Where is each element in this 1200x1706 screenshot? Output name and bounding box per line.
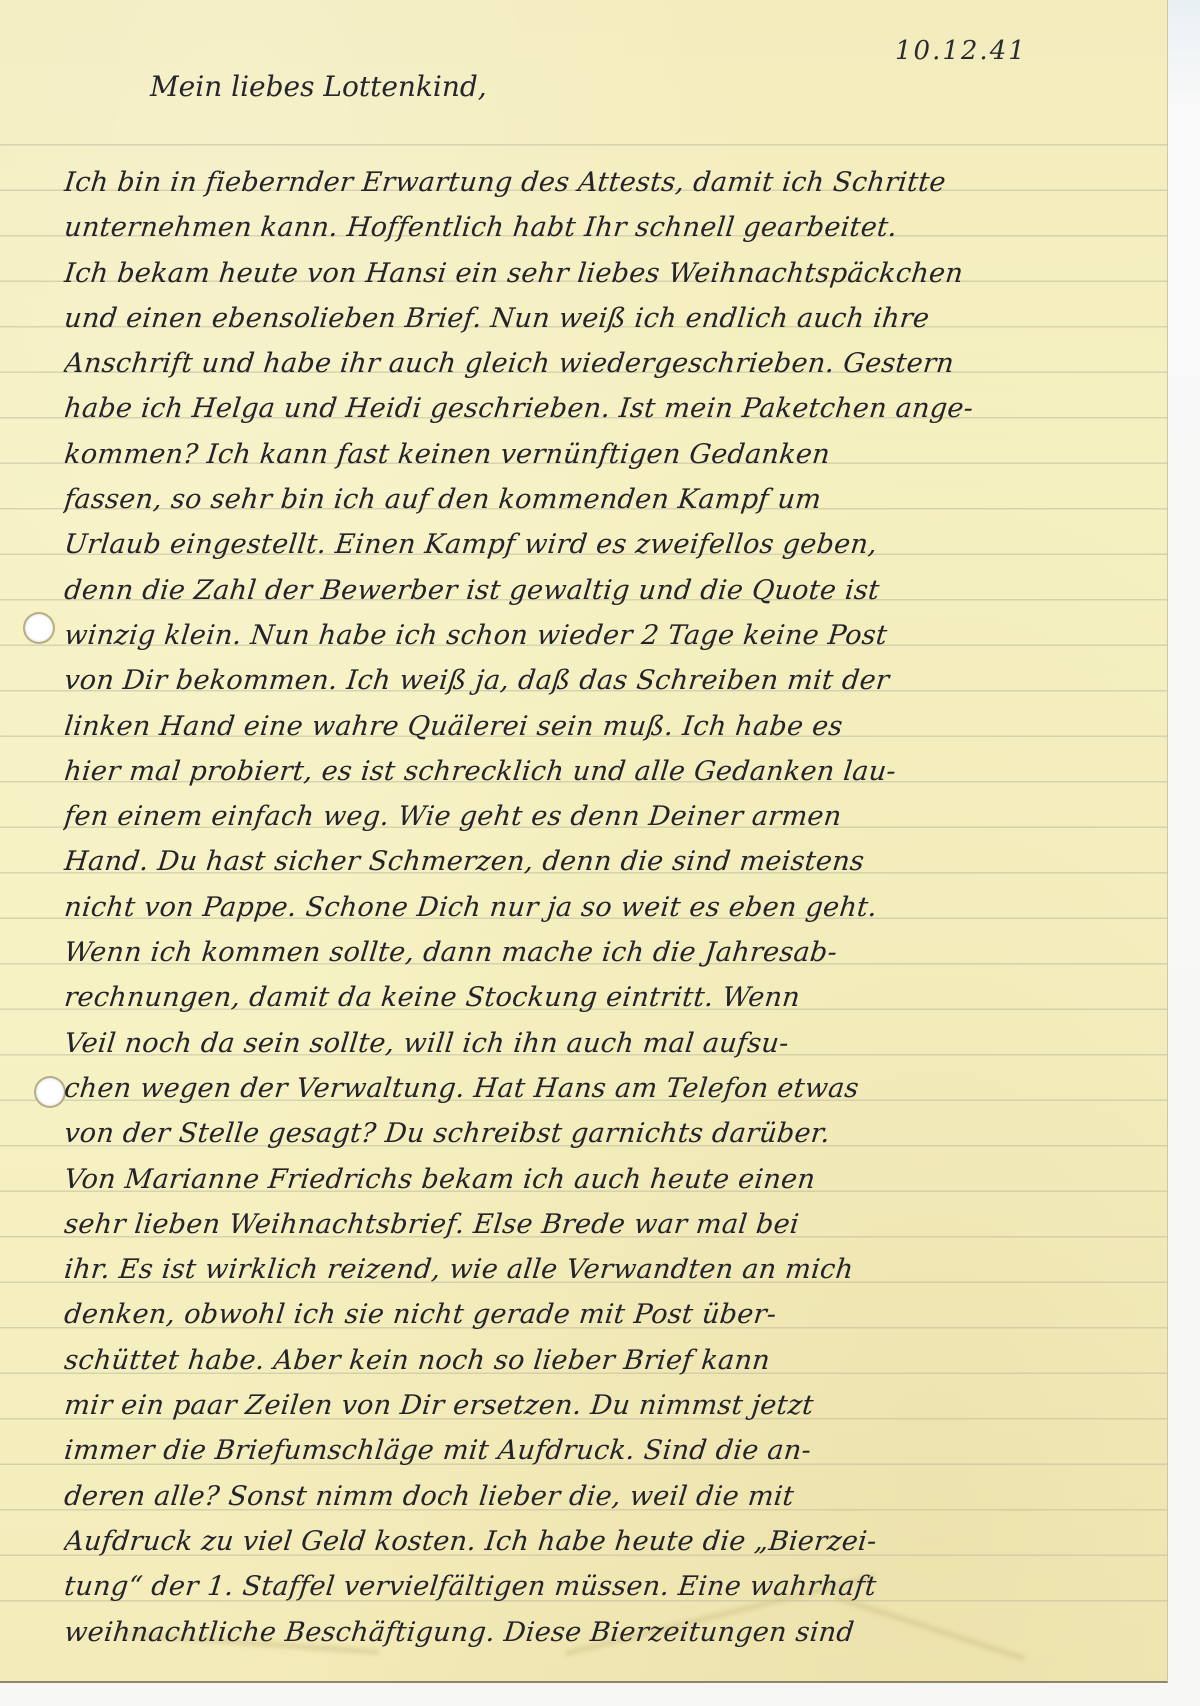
letter-line: ihr. Es ist wirklich reizend, wie alle V…: [62, 1247, 1107, 1292]
letter-line: hier mal probiert, es ist schrecklich un…: [62, 749, 1107, 794]
letter-line: Anschrift und habe ihr auch gleich wiede…: [62, 341, 1107, 386]
letter-line: und einen ebensolieben Brief. Nun weiß i…: [62, 296, 1107, 341]
letter-line: denn die Zahl der Bewerber ist gewaltig …: [62, 568, 1107, 613]
scanned-letter-page: 10.12.41 Mein liebes Lottenkind, Ich bin…: [0, 0, 1200, 1706]
letter-line: Aufdruck zu viel Geld kosten. Ich habe h…: [62, 1519, 1107, 1564]
letter-line: linken Hand eine wahre Quälerei sein muß…: [62, 704, 1107, 749]
letter-line: denken, obwohl ich sie nicht gerade mit …: [62, 1292, 1107, 1337]
letter-line: kommen? Ich kann fast keinen vernünftige…: [62, 432, 1107, 477]
punch-hole-upper: [25, 614, 53, 642]
letter-line: chen wegen der Verwaltung. Hat Hans am T…: [62, 1066, 1107, 1111]
letter-line: mir ein paar Zeilen von Dir ersetzen. Du…: [62, 1383, 1107, 1428]
letter-line: winzig klein. Nun habe ich schon wieder …: [62, 613, 1107, 658]
letter-line: deren alle? Sonst nimm doch lieber die, …: [62, 1474, 1107, 1519]
letter-line: Veil noch da sein sollte, will ich ihn a…: [62, 1021, 1107, 1066]
letter-paper: 10.12.41 Mein liebes Lottenkind, Ich bin…: [0, 0, 1168, 1683]
letter-line: Hand. Du hast sicher Schmerzen, denn die…: [62, 839, 1107, 884]
letter-date: 10.12.41: [895, 36, 1027, 66]
letter-line: schüttet habe. Aber kein noch so lieber …: [62, 1338, 1107, 1383]
punch-hole-lower: [36, 1078, 64, 1106]
letter-line: Urlaub eingestellt. Einen Kampf wird es …: [62, 522, 1107, 567]
letter-line: immer die Briefumschläge mit Aufdruck. S…: [62, 1428, 1107, 1473]
letter-line: Ich bekam heute von Hansi ein sehr liebe…: [62, 251, 1107, 296]
letter-body: Ich bin in fiebernder Erwartung des Atte…: [62, 160, 1102, 1655]
letter-line: nicht von Pappe. Schone Dich nur ja so w…: [62, 885, 1107, 930]
letter-line: Ich bin in fiebernder Erwartung des Atte…: [62, 160, 1107, 205]
letter-line: Wenn ich kommen sollte, dann mache ich d…: [62, 930, 1107, 975]
scanner-background-bottom: [0, 1683, 1200, 1706]
letter-line: von der Stelle gesagt? Du schreibst garn…: [62, 1111, 1107, 1156]
letter-line: habe ich Helga und Heidi geschrieben. Is…: [62, 386, 1107, 431]
letter-line: sehr lieben Weihnachtsbrief. Else Brede …: [62, 1202, 1107, 1247]
letter-salutation: Mein liebes Lottenkind,: [150, 70, 487, 103]
letter-line: fassen, so sehr bin ich auf den kommende…: [62, 477, 1107, 522]
letter-line: rechnungen, damit da keine Stockung eint…: [62, 975, 1107, 1020]
letter-line: von Dir bekommen. Ich weiß ja, daß das S…: [62, 658, 1107, 703]
letter-line: unternehmen kann. Hoffentlich habt Ihr s…: [62, 205, 1107, 250]
scanner-background-right: [1168, 0, 1200, 1706]
letter-line: Von Marianne Friedrichs bekam ich auch h…: [62, 1157, 1107, 1202]
letter-line: fen einem einfach weg. Wie geht es denn …: [62, 794, 1107, 839]
letter-line: weihnachtliche Beschäftigung. Diese Bier…: [62, 1610, 1107, 1655]
letter-line: tung“ der 1. Staffel vervielfältigen müs…: [62, 1564, 1107, 1609]
